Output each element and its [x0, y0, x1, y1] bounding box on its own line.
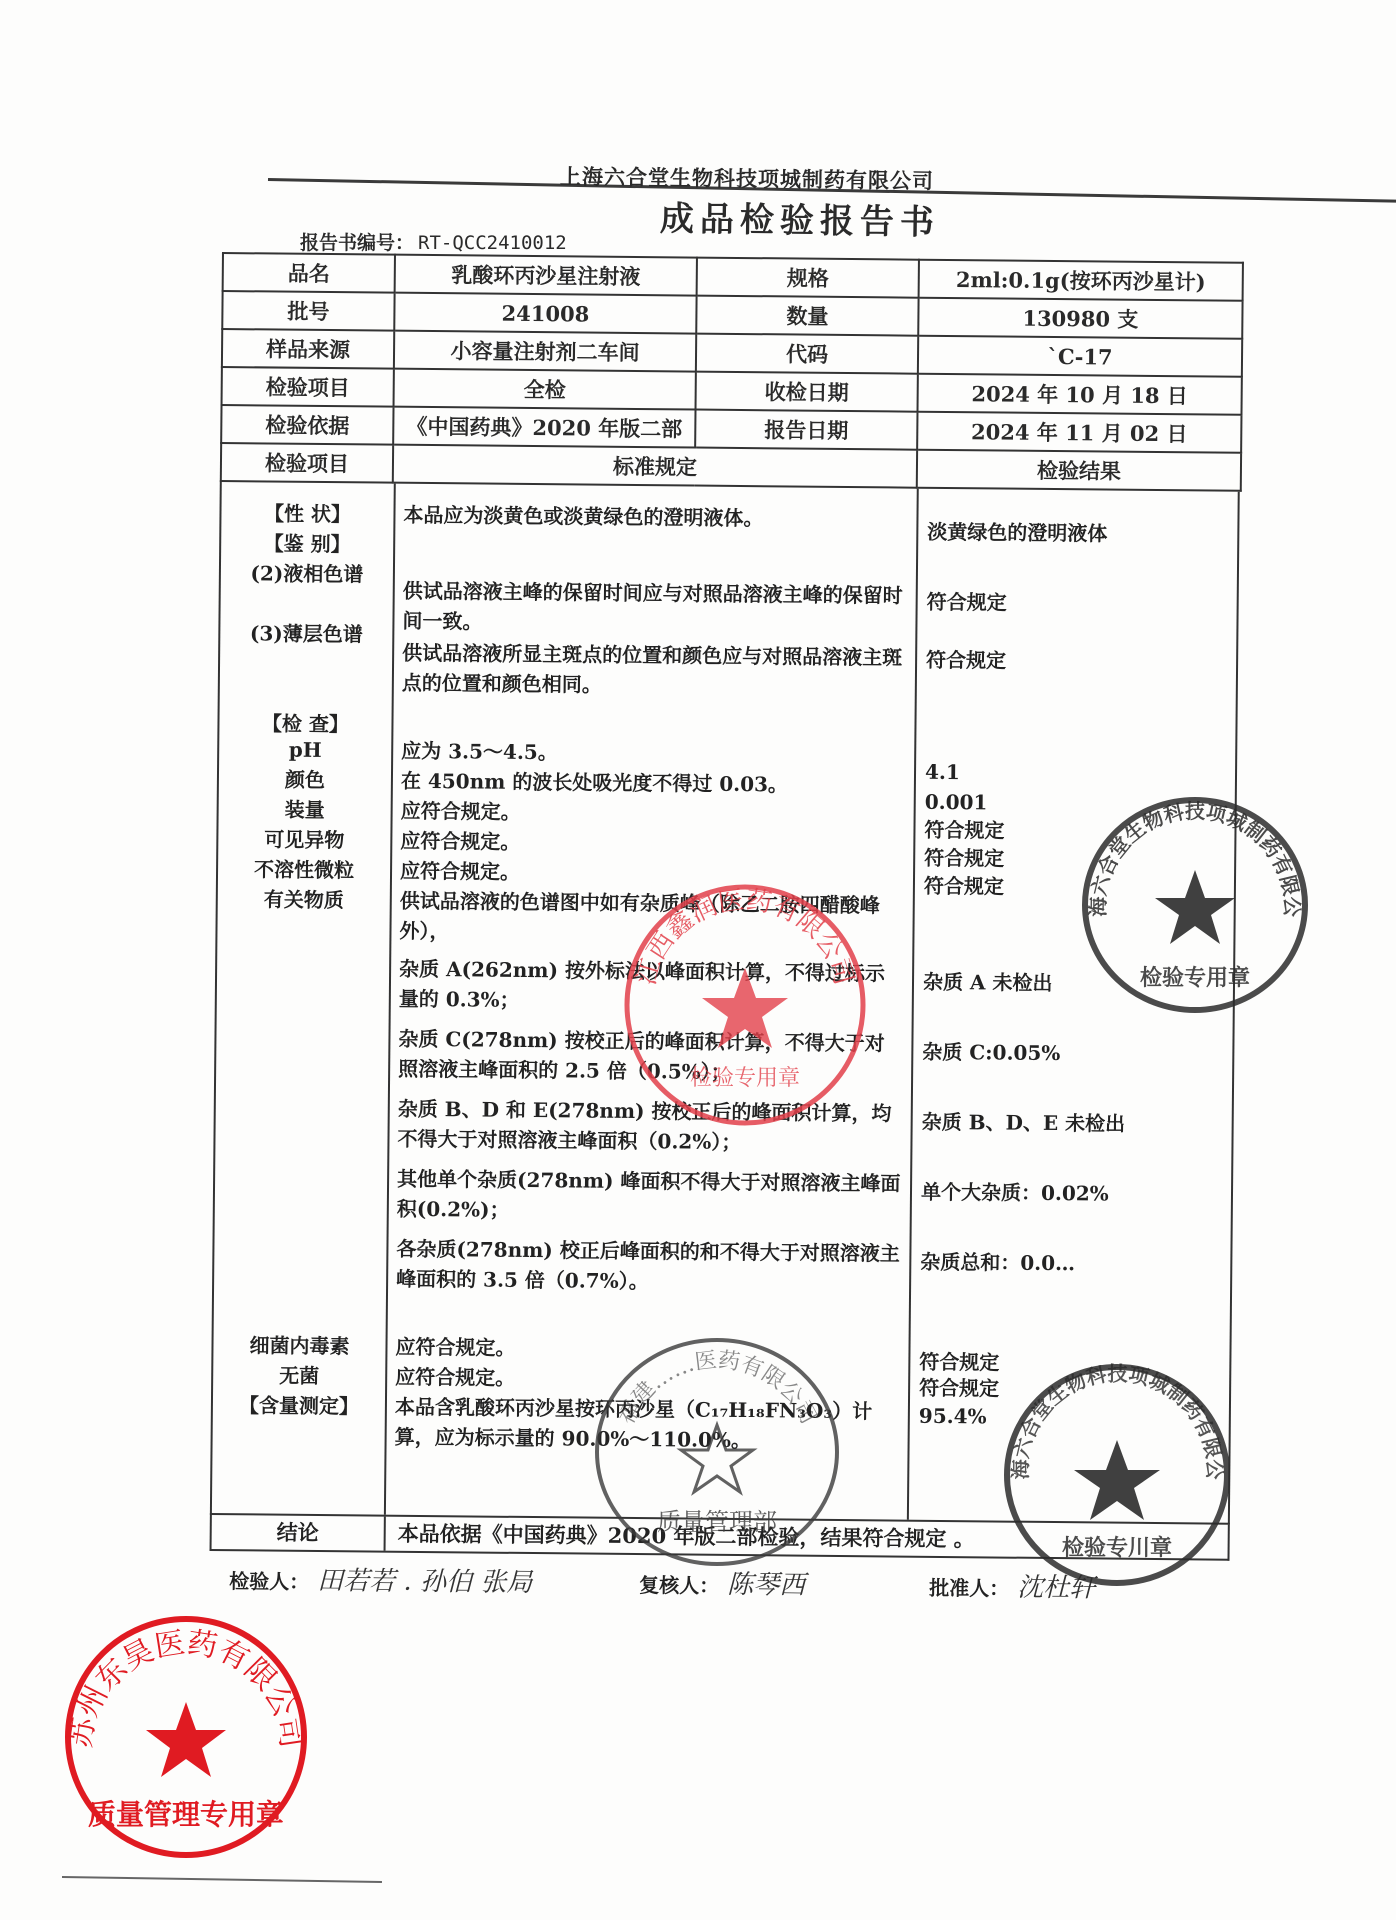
report-number-label: 报告书编号： [300, 232, 414, 254]
reviewer-label: 复核人： [639, 1573, 719, 1598]
result-tlc: 符合规定 [926, 645, 1226, 678]
column-divider [907, 489, 919, 1520]
test-item-value: 全检 [394, 369, 696, 410]
svg-text:检验专川章: 检验专川章 [1062, 1535, 1172, 1561]
result-ph: 4.1 [925, 757, 1225, 790]
report-date-label: 报告日期 [695, 410, 917, 450]
receive-date-value: 2024 年 10 月 18 日 [917, 374, 1241, 415]
conclusion-label: 结论 [212, 1515, 384, 1551]
inspection-seal-stamp: 上海六合堂生物科技项城制药有限公司 检验专用章 [1075, 790, 1315, 1020]
seal-icon: 江西鑫润医药有限公司 检验专用章 [620, 880, 870, 1130]
report-date-value: 2024 年 11 月 02 日 [917, 412, 1241, 453]
quality-dept-stamp: 福建……医药有限公司 质量管理部 [590, 1330, 845, 1575]
approver-label: 批准人： [929, 1576, 1009, 1601]
receive-date-label: 收检日期 [696, 372, 918, 412]
standard-hplc: 供试品溶液主峰的保留时间应与对照品溶液主峰的保留时间一致。 [402, 576, 908, 641]
item-assay: 【含量测定】 [213, 1390, 385, 1422]
report-number: 报告书编号：RT-QCC2410012 [300, 228, 567, 255]
spec-label: 规格 [697, 258, 919, 298]
item-tlc: (3)薄层色谱 [220, 618, 392, 650]
jiangxi-red-stamp: 江西鑫润医药有限公司 检验专用章 [620, 880, 870, 1130]
document-title: 成品检验报告书 [660, 191, 941, 244]
svg-text:质量管理部: 质量管理部 [657, 1508, 777, 1536]
inspector-signature: 检验人：田若若 . 孙伯 张局 [229, 1559, 532, 1599]
product-info-table: 品名 乳酸环丙沙星注射液 规格 2ml:0.1g(按环丙沙星计) 批号 2410… [220, 252, 1244, 492]
seal-icon: 福建……医药有限公司 质量管理部 [590, 1330, 845, 1575]
svg-text:检验专用章: 检验专用章 [1140, 965, 1250, 991]
item-related-substances: 有关物质 [218, 884, 390, 916]
company-name: 上海六合堂生物科技项城制药有限公司 [560, 161, 934, 196]
spec-value: 2ml:0.1g(按环丙沙星计) [919, 260, 1243, 301]
inspector-label: 检验人： [229, 1569, 309, 1594]
svg-text:检验专用章: 检验专用章 [690, 1066, 800, 1091]
standard-single-impurity: 其他单个杂质(278nm) 峰面积不得大于对照溶液主峰面积(0.2%)； [397, 1164, 903, 1229]
suzhou-red-stamp: 苏州东昊医药有限公司 质量管理专用章 [62, 1612, 310, 1862]
product-name: 乳酸环丙沙星注射液 [395, 255, 697, 296]
quantity-value: 130980 支 [918, 298, 1242, 339]
seal-icon: 上海六合堂生物科技项城制药有限公司 检验专用章 [1075, 790, 1315, 1020]
result-single-impurity: 单个大杂质：0.02% [921, 1177, 1221, 1210]
item-insoluble-particles: 不溶性微粒 [218, 854, 390, 886]
standard-visible-particles: 应符合规定。 [400, 826, 905, 861]
product-name-label: 品名 [223, 253, 395, 293]
item-endotoxin: 细菌内毒素 [213, 1330, 385, 1362]
col-header-item: 检验项目 [221, 443, 393, 483]
item-color: 颜色 [219, 764, 391, 796]
quantity-label: 数量 [696, 296, 918, 336]
item-sterility: 无菌 [213, 1360, 385, 1392]
standard-fill-volume: 应符合规定。 [401, 796, 906, 831]
item-identification: 【鉴 别】 [221, 528, 393, 560]
basis-value: 《中国药典》2020 年版二部 [393, 407, 695, 448]
result-appearance: 淡黄绿色的澄明液体 [927, 517, 1227, 550]
source-label: 样品来源 [222, 329, 394, 369]
footer-rule [62, 1876, 382, 1883]
standard-total-impurity: 各杂质(278nm) 校正后峰面积的和不得大于对照溶液主峰面积的 3.5 倍（0… [396, 1234, 902, 1299]
item-hplc: (2)液相色谱 [221, 558, 393, 590]
source-value: 小容量注射剂二车间 [394, 331, 696, 372]
result-impurity-bde: 杂质 B、D、E 未检出 [922, 1107, 1222, 1140]
result-total-impurity: 杂质总和：0.0… [920, 1247, 1220, 1280]
standard-tlc: 供试品溶液所显主斑点的位置和颜色应与对照品溶液主斑点的位置和颜色相同。 [402, 638, 908, 703]
batch-value: 241008 [394, 293, 696, 334]
report-number-value: RT-QCC2410012 [418, 232, 567, 254]
batch-label: 批号 [222, 291, 394, 331]
seal-icon: 上海六合堂生物科技项城制药有限公司 检验专川章 [1000, 1360, 1235, 1590]
seal-icon: 苏州东昊医药有限公司 质量管理专用章 [62, 1612, 310, 1862]
column-divider [384, 1517, 386, 1551]
document-page: 上海六合堂生物科技项城制药有限公司 成品检验报告书 报告书编号：RT-QCC24… [0, 0, 1396, 1920]
inspection-seal-stamp-2: 上海六合堂生物科技项城制药有限公司 检验专川章 [1000, 1360, 1235, 1590]
code-value: `C-17 [918, 336, 1242, 377]
standard-color: 在 450nm 的波长处吸光度不得过 0.03。 [401, 766, 906, 801]
item-ph: pH [219, 734, 391, 766]
svg-text:质量管理专用章: 质量管理专用章 [88, 1798, 284, 1831]
item-appearance: 【性 状】 [221, 498, 393, 530]
item-fill-volume: 装量 [219, 794, 391, 826]
inspector-name: 田若若 . 孙伯 张局 [317, 1566, 532, 1598]
col-header-standard: 标准规定 [393, 445, 917, 488]
code-label: 代码 [696, 334, 918, 374]
result-impurity-c: 杂质 C:0.05% [922, 1037, 1222, 1070]
standard-appearance: 本品应为淡黄色或淡黄绿色的澄明液体。 [403, 500, 908, 535]
basis-label: 检验依据 [221, 405, 393, 445]
result-hplc: 符合规定 [927, 587, 1227, 620]
test-item-label: 检验项目 [222, 367, 394, 407]
item-visible-particles: 可见异物 [218, 824, 390, 856]
standard-ph: 应为 3.5～4.5。 [401, 736, 906, 771]
col-header-result: 检验结果 [917, 450, 1241, 491]
